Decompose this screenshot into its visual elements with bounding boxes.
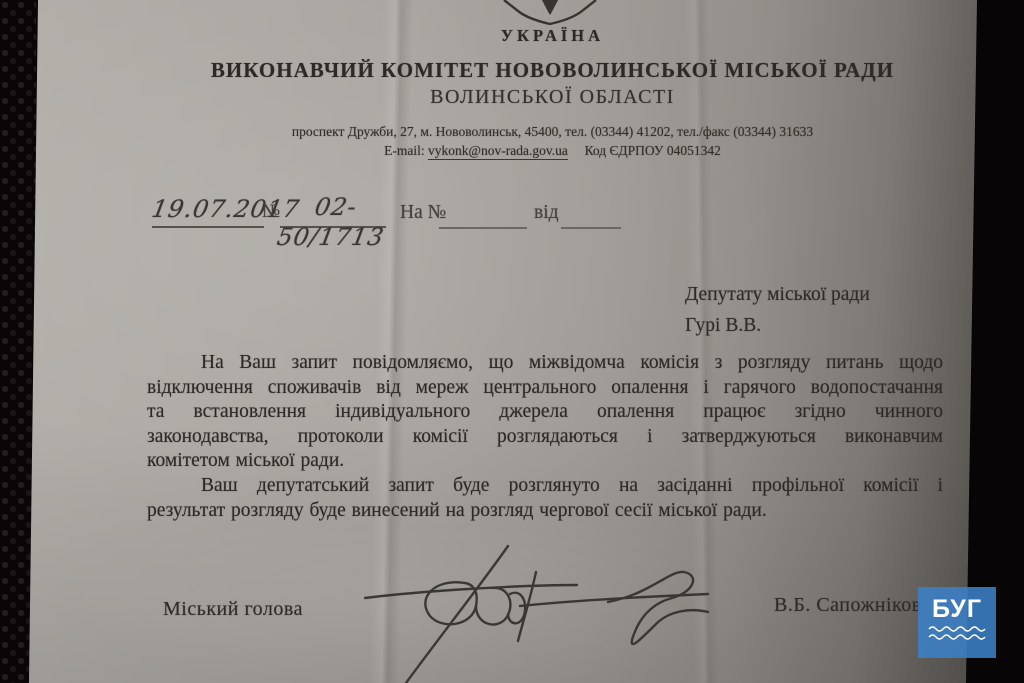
bug-logo-text: БУГ — [932, 596, 982, 622]
country-name: УКРАЇНА — [85, 26, 1020, 46]
email-label: E-mail: — [384, 143, 425, 158]
email-address: vykonk@nov-rada.gov.ua — [428, 143, 568, 160]
organization-address: проспект Дружби, 27, м. Нововолинськ, 45… — [85, 124, 1020, 140]
incoming-date-blank — [561, 196, 621, 229]
bug-watermark-logo: БУГ — [918, 587, 996, 658]
body-line: Ваш депутатський запит буде розглянуто н… — [147, 474, 943, 499]
addressee-title: Депутату міської ради — [685, 279, 870, 310]
letter-paper: УКРАЇНА ВИКОНАВЧИЙ КОМІТЕТ НОВОВОЛИНСЬКО… — [0, 0, 1024, 683]
handwritten-signature — [340, 538, 780, 683]
body-line: законодавства, протоколи комісії розгляд… — [147, 425, 943, 450]
outgoing-number-field: 02-50/1713 — [280, 192, 386, 228]
number-sign: № — [262, 201, 280, 223]
body-line: комітетом міської ради. — [147, 449, 943, 474]
body-line: та встановлення індивідуального джерела … — [147, 400, 943, 425]
organization-region: ВОЛИНСЬКОЇ ОБЛАСТІ — [85, 86, 1020, 109]
organization-name: ВИКОНАВЧИЙ КОМІТЕТ НОВОВОЛИНСЬКОЇ МІСЬКО… — [85, 58, 1020, 83]
body-line: результат розгляду буде винесений на роз… — [147, 499, 943, 524]
body-line: відключення споживачів від мереж централ… — [147, 376, 943, 401]
signer-name: В.Б. Сапожніков — [774, 594, 922, 617]
waves-icon — [928, 625, 986, 643]
outgoing-date-field: 19.07.2017 — [152, 194, 264, 228]
addressee-name: Гурі В.В. — [685, 310, 870, 341]
photo-of-letter: УКРАЇНА ВИКОНАВЧИЙ КОМІТЕТ НОВОВОЛИНСЬКО… — [0, 0, 1024, 683]
email-line: E-mail: vykonk@nov-rada.gov.ua Код ЄДРПО… — [85, 143, 1020, 159]
incoming-number-blank — [439, 196, 527, 229]
addressee-block: Депутату міської ради Гурі В.В. — [685, 279, 870, 341]
signer-title: Міський голова — [163, 598, 303, 621]
letter-body: На Ваш запит повідомляємо, що міжвідомча… — [147, 351, 943, 523]
edrpou-code: Код ЄДРПОУ 04051342 — [585, 143, 721, 158]
body-line: На Ваш запит повідомляємо, що міжвідомча… — [147, 351, 943, 376]
handwritten-number: 02-50/1713 — [275, 192, 392, 252]
incoming-date-label: від — [534, 202, 559, 224]
